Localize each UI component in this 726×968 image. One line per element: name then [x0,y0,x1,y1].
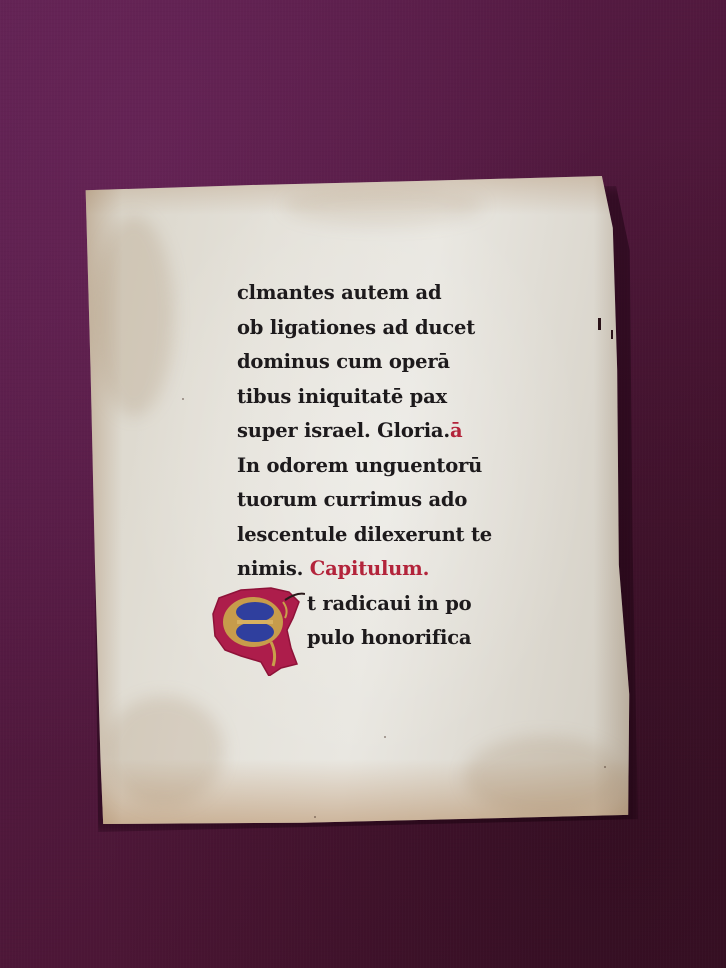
stain [464,736,624,816]
manuscript-leaf: clmantes autem ad ob ligationes ad ducet… [0,0,726,968]
line-text: nimis. [237,557,303,580]
text-line-4: tibus iniquitatē pax [237,380,527,415]
gloria-text: Gloria. [377,419,450,442]
text-line-7: tuorum currimus ado [237,483,527,518]
spot [314,816,316,818]
line-text: tuorum currimus ado [237,488,467,511]
edge-tear [611,330,613,339]
spot [384,736,386,738]
spot [182,398,184,400]
line-text: In odorem unguentorū [237,454,482,477]
line-text: super israel. [237,419,371,442]
line-text: dominus cum operā [237,350,450,373]
capitulum-rubric: Capitulum. [310,557,429,580]
text-line-3: dominus cum operā [237,345,527,380]
line-text: ob ligationes ad ducet [237,316,475,339]
stain [104,696,224,806]
text-line-5: super israel. Gloria.ā [237,414,527,449]
line-text: t radicaui in po [307,592,471,615]
stain [284,186,484,226]
text-line-1: clmantes autem ad [237,276,527,311]
line-text: pulo honorifica [307,626,471,649]
stain [94,216,174,416]
illuminated-initial-icon [211,584,305,676]
rubric-mark: ā [450,419,462,442]
line-text: clmantes autem ad [237,281,441,304]
spot [604,766,606,768]
text-line-6: In odorem unguentorū [237,449,527,484]
line-text: tibus iniquitatē pax [237,385,447,408]
line-text: lescentule dilexerunt te [237,523,492,546]
text-line-9: nimis. Capitulum. [237,552,527,587]
edge-tear [598,318,601,330]
text-line-8: lescentule dilexerunt te [237,518,527,553]
text-line-2: ob ligationes ad ducet [237,311,527,346]
